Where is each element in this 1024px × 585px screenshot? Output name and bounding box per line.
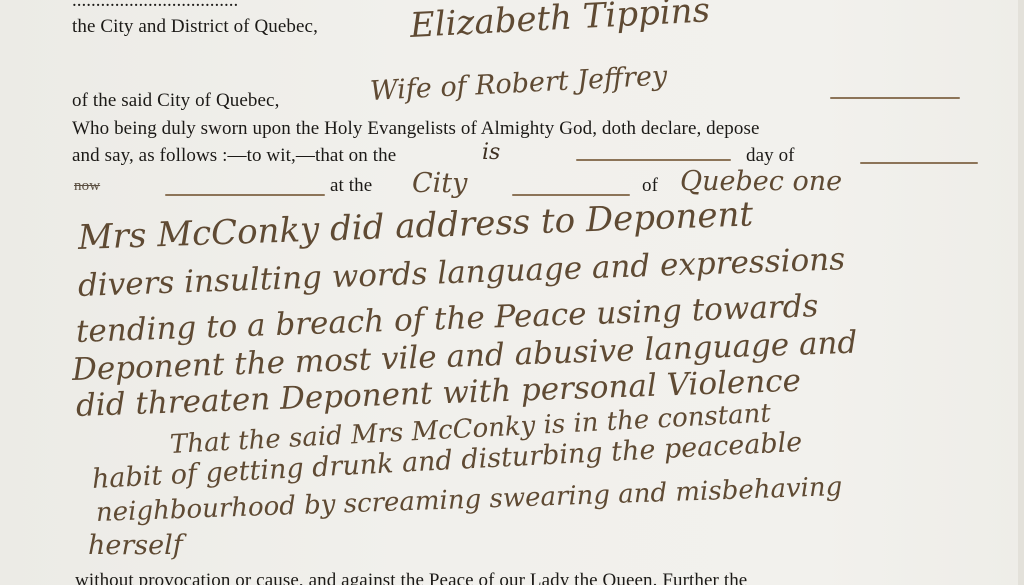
fill-rule (165, 194, 325, 196)
handwritten-place: City (412, 168, 467, 199)
page-edge (1018, 0, 1024, 585)
handwritten-description: Wife of Robert Jeffrey (369, 60, 668, 107)
fill-rule (576, 159, 731, 161)
printed-line-sworn: Who being duly sworn upon the Holy Evang… (72, 118, 760, 140)
printed-at-the: at the (330, 175, 372, 197)
printed-of: of (642, 175, 658, 197)
printed-day-of: day of (746, 145, 795, 167)
printed-line-top-cut: ................................... (72, 0, 238, 12)
handwritten-place-2: Quebec one (680, 166, 842, 197)
handwritten-day-fill: is (482, 140, 500, 165)
fill-rule (512, 194, 630, 196)
fill-rule (860, 162, 978, 164)
printed-line-city-district: the City and District of Quebec, (72, 16, 318, 38)
printed-line-without-provocation: without provocation or cause, and agains… (75, 570, 747, 585)
document-page: ................................... the … (0, 0, 1024, 585)
handwritten-body-line: herself (88, 530, 183, 561)
printed-line-said-city: of the said City of Quebec, (72, 90, 279, 112)
handwritten-name: Elizabeth Tippins (409, 0, 711, 46)
printed-line-as-follows: and say, as follows :—to wit,—that on th… (72, 145, 396, 167)
printed-struck-now: now (74, 178, 100, 195)
fill-rule (830, 97, 960, 99)
